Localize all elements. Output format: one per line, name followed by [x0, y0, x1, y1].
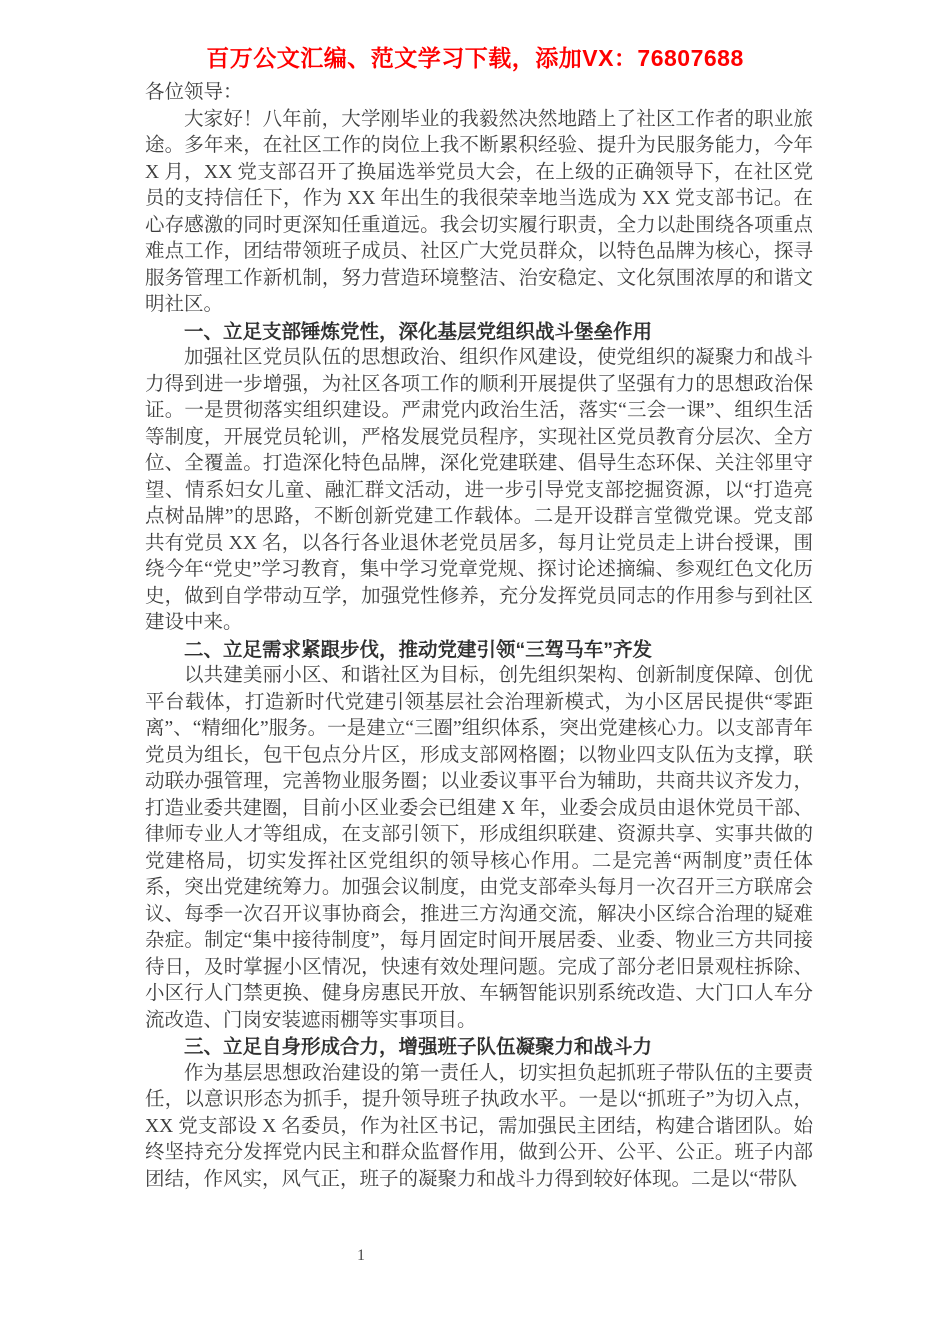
document-body: 各位领导： 大家好！八年前，大学刚毕业的我毅然决然地踏上了社区工作者的职业旅途。…	[145, 80, 813, 1193]
section-2-paragraph: 以共建美丽小区、和谐社区为目标，创先组织架构、创新制度保障、创优平台载体，打造新…	[145, 663, 813, 1034]
salutation: 各位领导：	[145, 80, 813, 107]
section-2-heading: 二、立足需求紧跟步伐，推动党建引领“三驾马车”齐发	[145, 637, 813, 664]
page-number: 1	[330, 1247, 392, 1265]
section-3-heading: 三、立足自身形成合力，增强班子队伍凝聚力和战斗力	[145, 1034, 813, 1061]
promo-banner-text: 百万公文汇编、范文学习下载，添加VX：76807688	[0, 40, 950, 73]
section-1-paragraph: 加强社区党员队伍的思想政治、组织作风建设，使党组织的凝聚力和战斗力得到进一步增强…	[145, 345, 813, 637]
opening-paragraph: 大家好！八年前，大学刚毕业的我毅然决然地踏上了社区工作者的职业旅途。多年来，在社…	[145, 107, 813, 319]
section-3-paragraph: 作为基层思想政治建设的第一责任人，切实担负起抓班子带队伍的主要责任，以意识形态为…	[145, 1061, 813, 1194]
document-page: 百万公文汇编、范文学习下载，添加VX：76807688 各位领导： 大家好！八年…	[0, 0, 950, 1344]
section-1-heading: 一、立足支部锤炼党性，深化基层党组织战斗堡垒作用	[145, 319, 813, 346]
